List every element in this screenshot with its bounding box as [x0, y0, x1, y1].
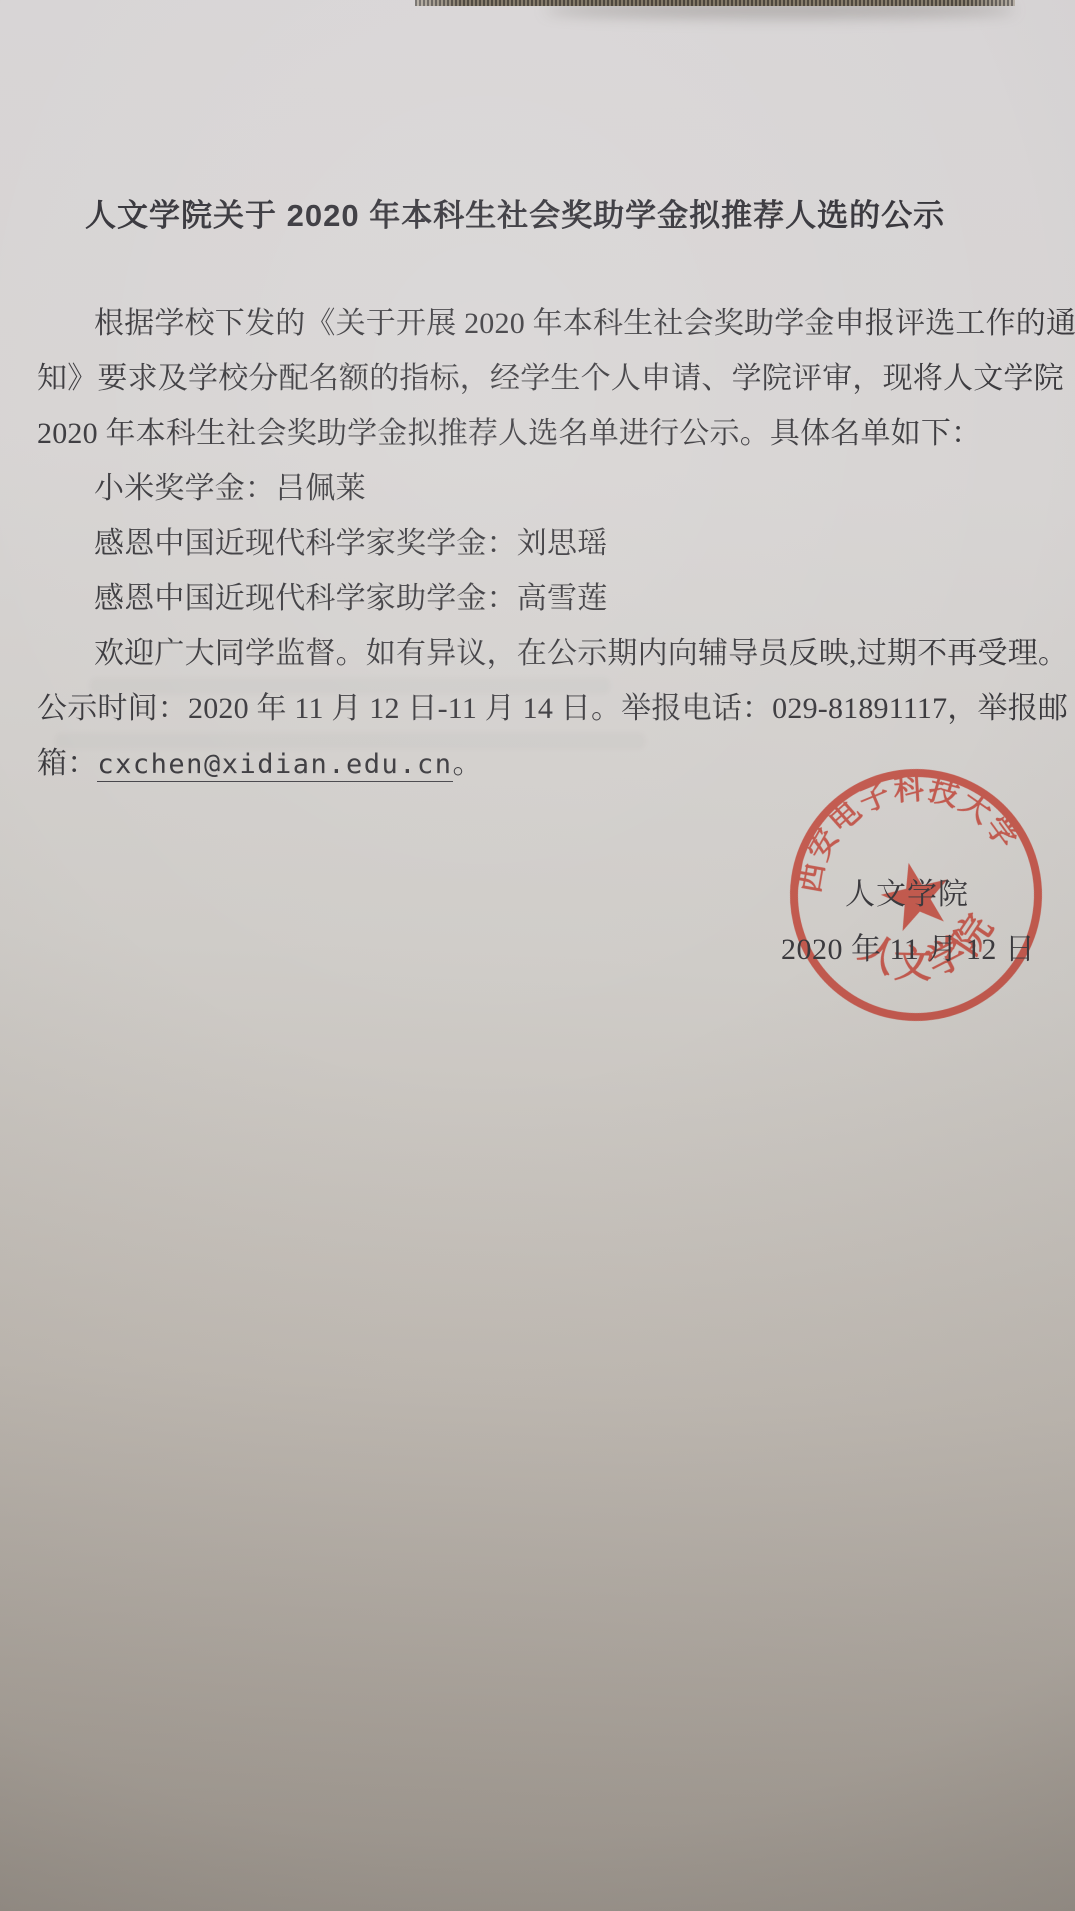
email-label: 箱：: [37, 747, 97, 780]
signature-org: 人文学院: [845, 869, 969, 913]
body-line: 知》要求及学校分配名额的指标，经学生个人申请、学院评审，现将人文学院: [37, 351, 1042, 406]
body-line: 欢迎广大同学监督。如有异议，在公示期内向辅导员反映,过期不再受理。: [37, 626, 1042, 681]
award-line: 小米奖学金：吕佩莱: [37, 461, 1042, 516]
photo-of-document: 人文学院关于 2020 年本科生社会奖助学金拟推荐人选的公示 根据学校下发的《关…: [0, 0, 1075, 1911]
document-title: 人文学院关于 2020 年本科生社会奖助学金拟推荐人选的公示: [85, 190, 945, 235]
email-suffix: 。: [453, 747, 483, 780]
paper-edge-artifact: [415, 0, 1015, 6]
signature-date: 2020 年 11 月 12 日: [781, 924, 1035, 968]
award-line: 感恩中国近现代科学家助学金：高雪莲: [37, 571, 1042, 626]
body-line: 根据学校下发的《关于开展 2020 年本科生社会奖助学金申报评选工作的通: [37, 296, 1042, 351]
body-line: 公示时间：2020 年 11 月 12 日-11 月 14 日。举报电话：029…: [37, 681, 1042, 736]
body-line: 2020 年本科生社会奖助学金拟推荐人选名单进行公示。具体名单如下：: [37, 406, 1042, 461]
award-line: 感恩中国近现代科学家奖学金：刘思瑶: [37, 516, 1042, 571]
document-body: 根据学校下发的《关于开展 2020 年本科生社会奖助学金申报评选工作的通 知》要…: [37, 296, 1042, 792]
email-link: cxchen@xidian.edu.cn: [97, 749, 452, 782]
